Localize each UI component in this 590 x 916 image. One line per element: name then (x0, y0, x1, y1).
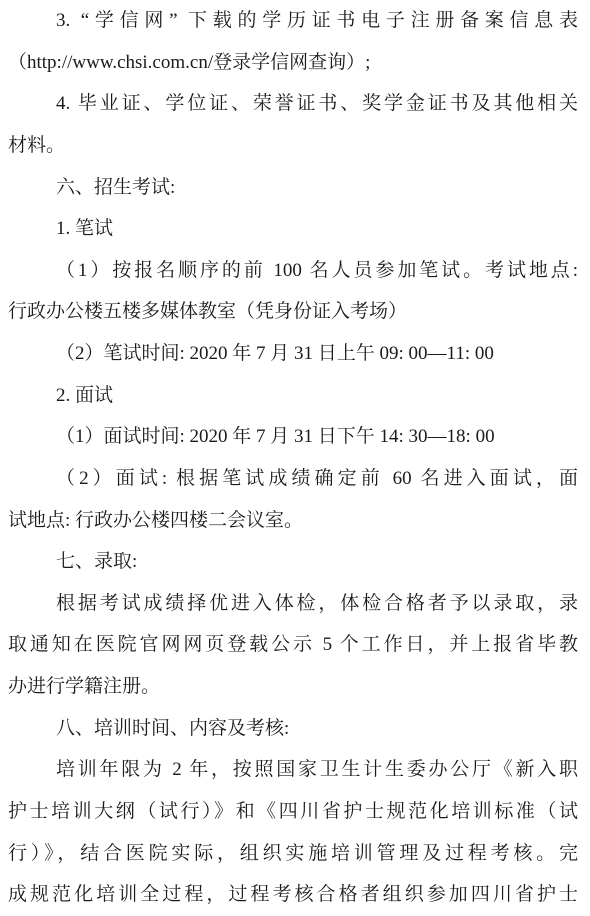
document-line: 护士培训大纲（试行）》和《四川省护士规范化培训标准（试 (8, 791, 578, 833)
document-page: 3. “学信网” 下载的学历证书电子注册备案信息表（http://www.chs… (0, 0, 590, 916)
document-line: 取通知在医院官网网页登载公示 5 个工作日，并上报省毕教 (8, 624, 578, 666)
document-line: （http://www.chsi.com.cn/登录学信网查询）; (8, 42, 578, 84)
document-line: 行）》，结合医院实际，组织实施培训管理及过程考核。完 (8, 833, 578, 875)
document-line: （1）按报名顺序的前 100 名人员参加笔试。考试地点: (8, 250, 578, 292)
document-line: 培训年限为 2 年，按照国家卫生计生委办公厅《新入职 (8, 749, 578, 791)
document-line: 七、录取: (8, 541, 578, 583)
document-line: （2）笔试时间: 2020 年 7 月 31 日上午 09: 00—11: 00 (8, 333, 578, 375)
document-line: 4. 毕业证、学位证、荣誉证书、奖学金证书及其他相关 (8, 83, 578, 125)
document-line: 根据考试成绩择优进入体检，体检合格者予以录取，录 (8, 583, 578, 625)
document-line: （2）面试: 根据笔试成绩确定前 60 名进入面试，面 (8, 458, 578, 500)
document-line: 办进行学籍注册。 (8, 666, 578, 708)
document-line: 材料。 (8, 125, 578, 167)
document-line: 八、培训时间、内容及考核: (8, 708, 578, 750)
document-line: 1. 笔试 (8, 208, 578, 250)
document-line: 行政办公楼五楼多媒体教室（凭身份证入考场） (8, 291, 578, 333)
document-line: 试地点: 行政办公楼四楼二会议室。 (8, 500, 578, 542)
document-body: 3. “学信网” 下载的学历证书电子注册备案信息表（http://www.chs… (0, 0, 590, 916)
document-line: （1）面试时间: 2020 年 7 月 31 日下午 14: 30—18: 00 (8, 416, 578, 458)
document-line: 成规范化培训全过程，过程考核合格者组织参加四川省护士 (8, 874, 578, 916)
document-line: 六、招生考试: (8, 167, 578, 209)
document-line: 3. “学信网” 下载的学历证书电子注册备案信息表 (8, 0, 578, 42)
document-line: 2. 面试 (8, 375, 578, 417)
